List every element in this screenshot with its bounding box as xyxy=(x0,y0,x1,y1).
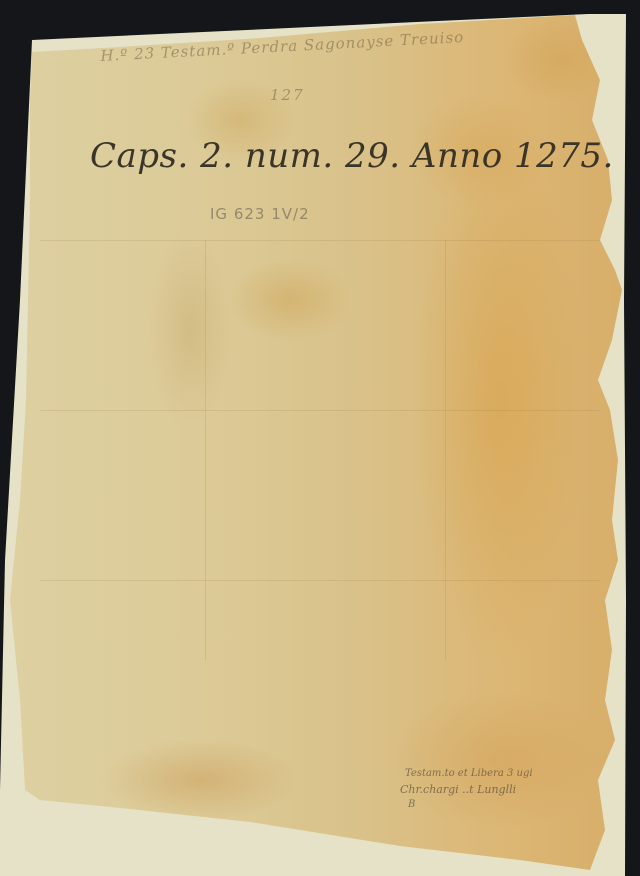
shelfmark-stamp: IG 623 1V/2 xyxy=(210,205,310,223)
fold-line xyxy=(40,240,600,241)
bottom-note-line-2: Chr.chargi ..t Lunglli xyxy=(400,783,516,796)
fold-line xyxy=(40,580,600,581)
top-faded-note-year: 127 xyxy=(270,86,305,104)
archival-title: Caps. 2. num. 29. Anno 1275. xyxy=(90,136,614,176)
document-image: H.º 23 Testam.º Perdra Sagonayse Treuiso… xyxy=(0,0,640,876)
fold-line xyxy=(205,240,206,660)
parchment-sheet xyxy=(0,0,640,876)
fold-line xyxy=(40,410,600,411)
bottom-note-line-3: B xyxy=(408,799,415,810)
bottom-note-line-1: Testam.to et Libera 3 ugi xyxy=(405,768,533,779)
fold-line xyxy=(445,240,446,660)
